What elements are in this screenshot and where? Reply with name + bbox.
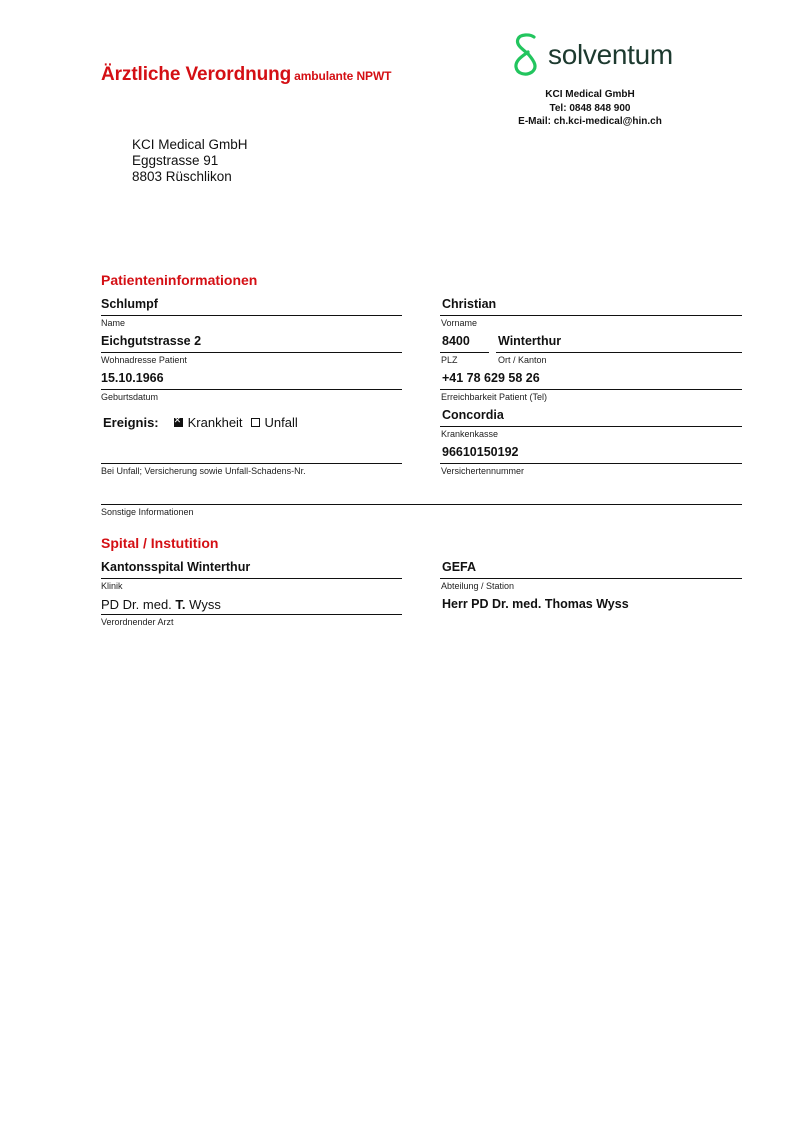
krankenkasse-field[interactable]: Concordia	[442, 408, 504, 422]
arzt-prefix: PD Dr. med.	[101, 597, 175, 612]
ereignis-group: Ereignis: Krankheit Unfall	[103, 415, 306, 430]
recipient-address: KCI Medical GmbH Eggstrasse 91 8803 Rüsc…	[132, 137, 248, 185]
arzt-underline	[101, 614, 402, 615]
name-field[interactable]: Schlumpf	[101, 297, 158, 311]
arzt-field[interactable]: PD Dr. med. T. Wyss	[101, 597, 221, 612]
versichertennummer-label: Versichertennummer	[441, 466, 524, 476]
unfall-versicherung-underline	[101, 463, 402, 464]
abteilung-label: Abteilung / Station	[441, 581, 514, 591]
unfall-versicherung-label: Bei Unfall; Versicherung sowie Unfall-Sc…	[101, 466, 306, 476]
versichertennummer-underline	[440, 463, 742, 464]
unfall-checkbox[interactable]	[251, 418, 260, 427]
klinik-underline	[101, 578, 402, 579]
abteilung-field[interactable]: GEFA	[442, 560, 476, 574]
contact-phone: Tel: 0848 848 900	[505, 102, 675, 116]
name-label: Name	[101, 318, 125, 328]
birthdate-underline	[101, 389, 402, 390]
birthdate-field[interactable]: 15.10.1966	[101, 371, 164, 385]
document-title: Ärztliche Verordnungambulante NPWT	[101, 64, 391, 86]
plz-field[interactable]: 8400	[442, 334, 470, 348]
ort-field[interactable]: Winterthur	[498, 334, 561, 348]
section-title-patient: Patienteninformationen	[101, 272, 257, 288]
sonstige-label: Sonstige Informationen	[101, 507, 194, 517]
recipient-line-3: 8803 Rüschlikon	[132, 169, 248, 185]
klinik-label: Klinik	[101, 581, 123, 591]
plz-label: PLZ	[441, 355, 458, 365]
solventum-logo: solventum	[512, 33, 673, 77]
ort-label: Ort / Kanton	[498, 355, 547, 365]
recipient-line-1: KCI Medical GmbH	[132, 137, 248, 153]
arzt-initial: T.	[175, 597, 185, 612]
krankheit-label: Krankheit	[188, 415, 243, 430]
contact-company: KCI Medical GmbH	[505, 88, 675, 102]
krankenkasse-underline	[440, 426, 742, 427]
recipient-line-2: Eggstrasse 91	[132, 153, 248, 169]
plz-underline	[440, 352, 489, 353]
arzt-full-name[interactable]: Herr PD Dr. med. Thomas Wyss	[442, 597, 629, 611]
contact-block: KCI Medical GmbH Tel: 0848 848 900 E-Mai…	[505, 88, 675, 129]
arzt-suffix: Wyss	[186, 597, 221, 612]
krankheit-checkbox[interactable]	[174, 418, 183, 427]
abteilung-underline	[440, 578, 742, 579]
section-title-spital: Spital / Instutition	[101, 535, 218, 551]
krankenkasse-label: Krankenkasse	[441, 429, 498, 439]
title-subtitle: ambulante NPWT	[294, 69, 391, 83]
vorname-underline	[440, 315, 742, 316]
ort-underline	[496, 352, 742, 353]
unfall-label: Unfall	[265, 415, 298, 430]
name-underline	[101, 315, 402, 316]
logo-text: solventum	[548, 39, 673, 71]
arzt-label: Verordnender Arzt	[101, 617, 174, 627]
birthdate-label: Geburtsdatum	[101, 392, 158, 402]
phone-underline	[440, 389, 742, 390]
title-text: Ärztliche Verordnung	[101, 64, 291, 85]
sonstige-underline	[101, 504, 742, 505]
phone-label: Erreichbarkeit Patient (Tel)	[441, 392, 547, 402]
phone-field[interactable]: +41 78 629 58 26	[442, 371, 540, 385]
versichertennummer-field[interactable]: 96610150192	[442, 445, 518, 459]
vorname-field[interactable]: Christian	[442, 297, 496, 311]
address-underline	[101, 352, 402, 353]
address-label: Wohnadresse Patient	[101, 355, 187, 365]
klinik-field[interactable]: Kantonsspital Winterthur	[101, 560, 250, 574]
address-field[interactable]: Eichgutstrasse 2	[101, 334, 201, 348]
solventum-s-logo-icon	[512, 33, 542, 77]
ereignis-label: Ereignis:	[103, 415, 159, 430]
vorname-label: Vorname	[441, 318, 477, 328]
contact-email: E-Mail: ch.kci-medical@hin.ch	[505, 115, 675, 129]
